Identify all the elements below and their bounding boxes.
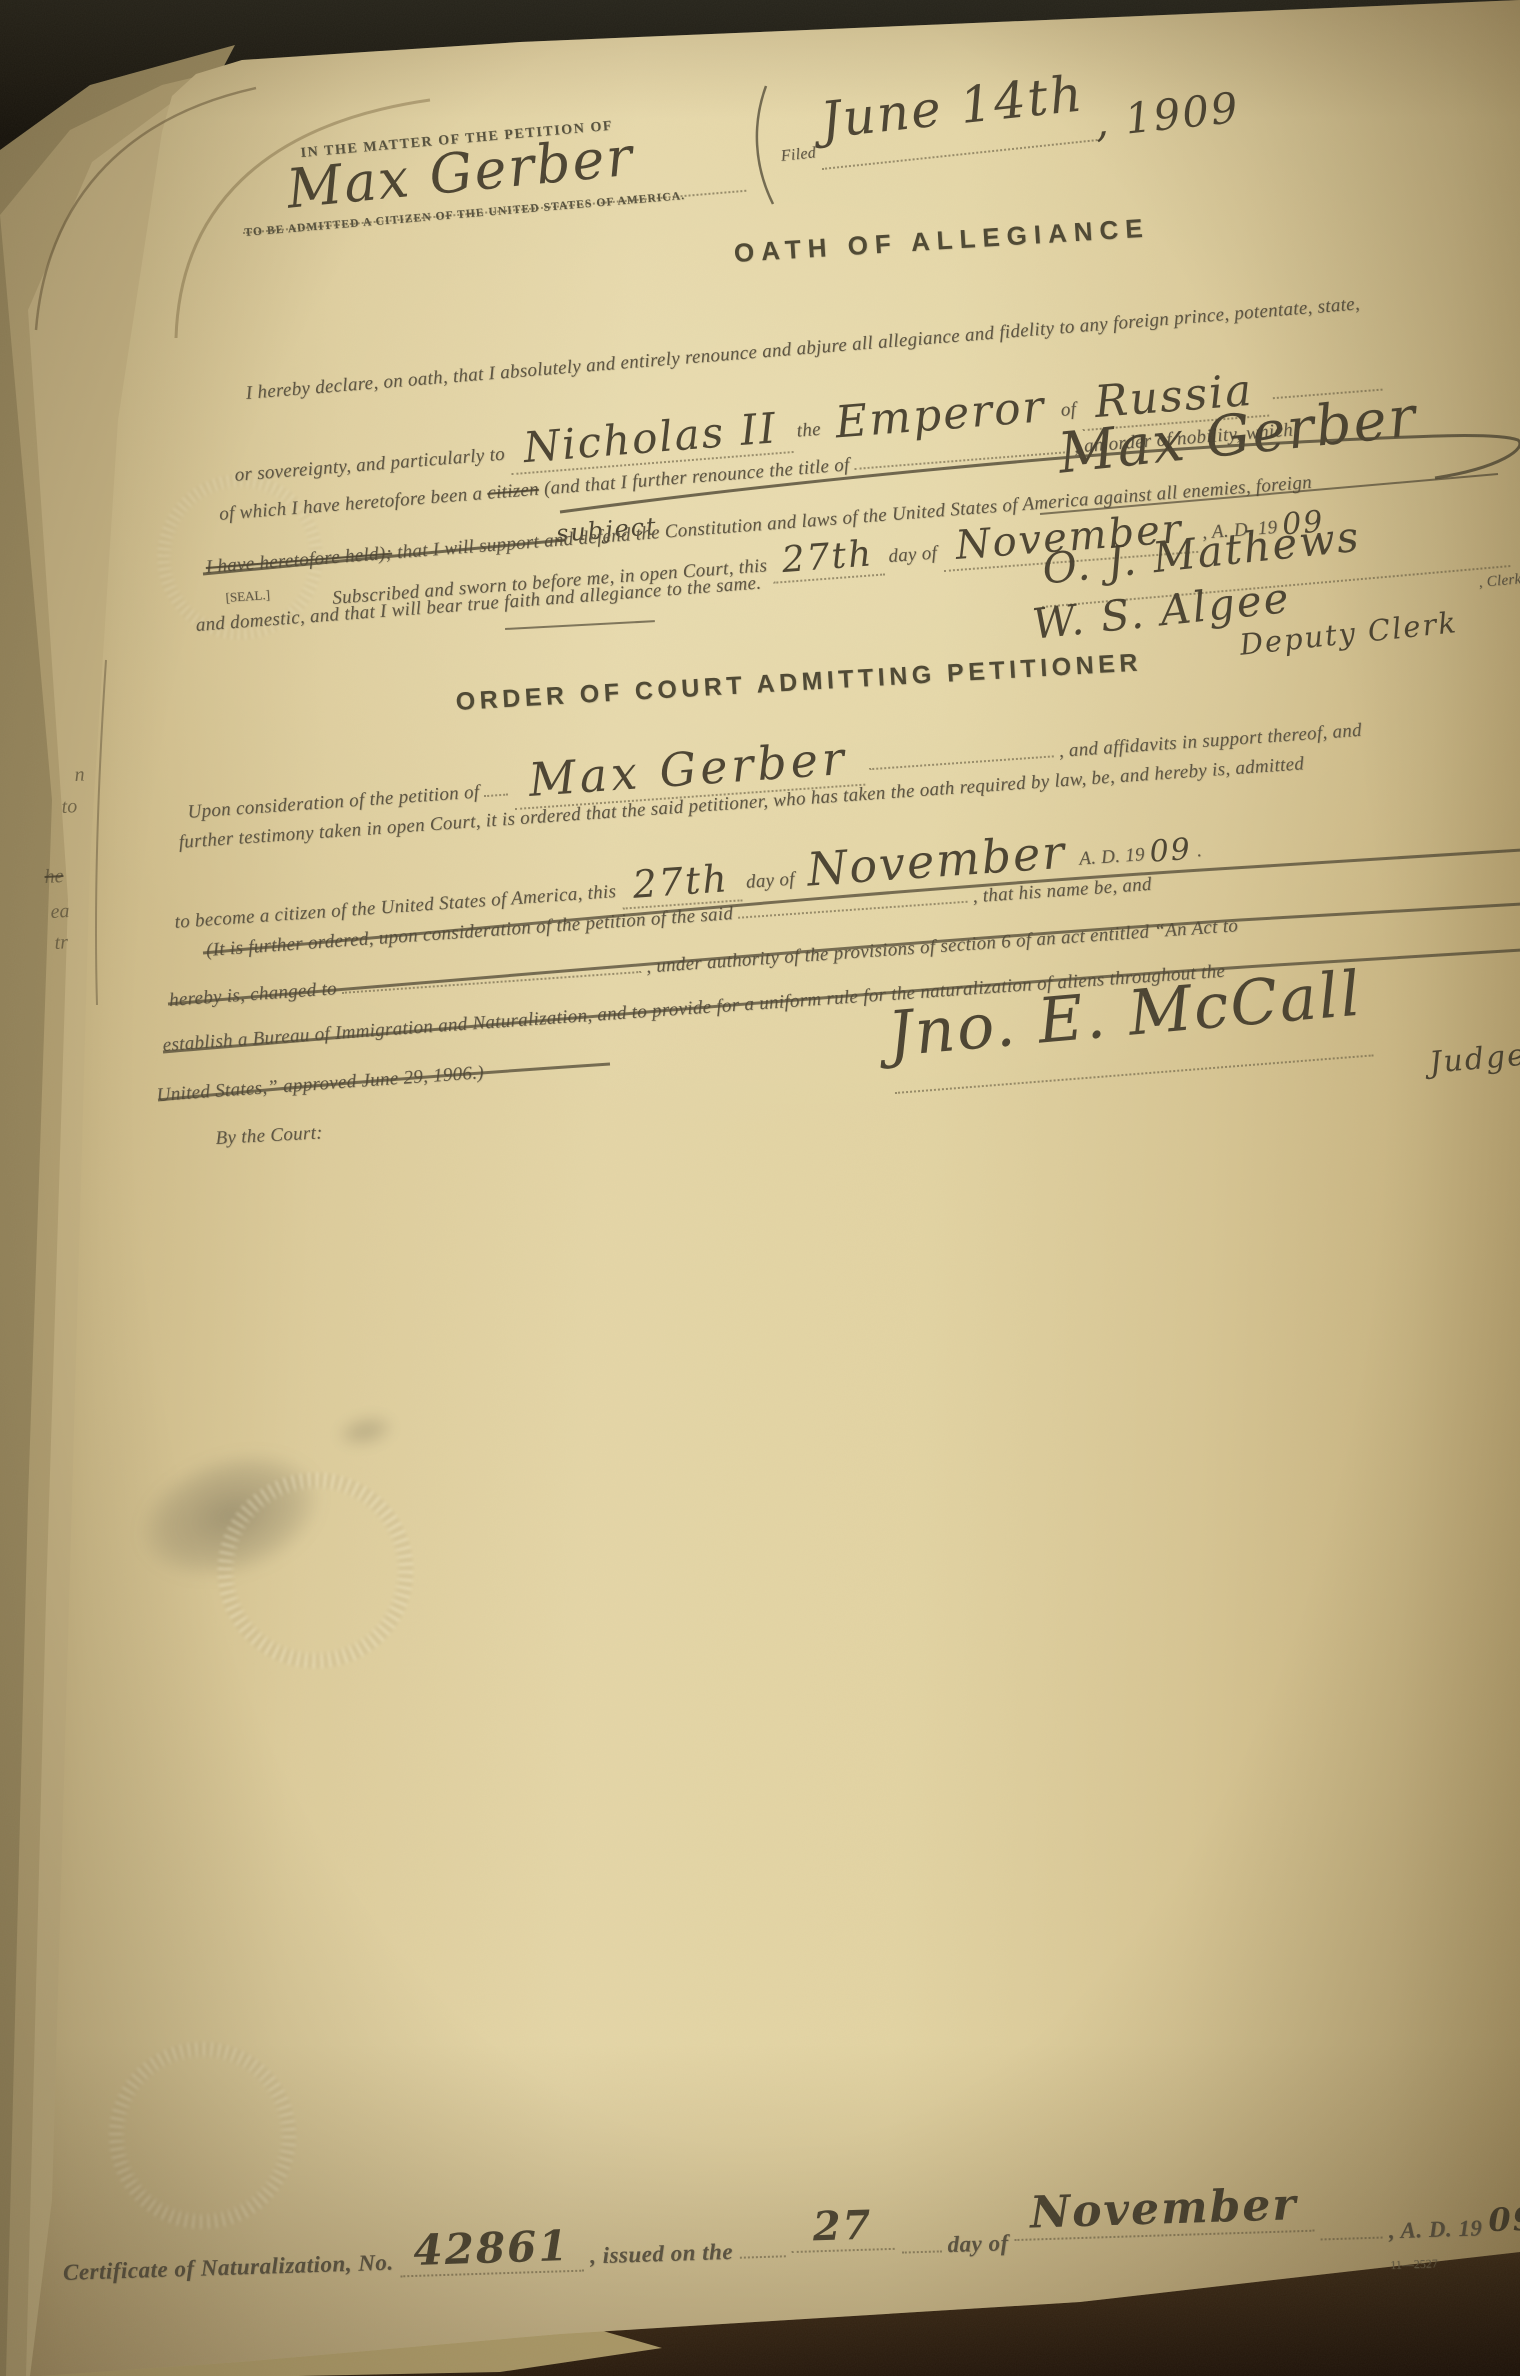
filed-label: Filed [780, 144, 817, 166]
blank-leader [901, 2227, 942, 2253]
oath-line-2-of: of [1060, 399, 1077, 421]
certificate-month-handwritten: November [1013, 2179, 1314, 2241]
certificate-year-handwritten: 09 [1488, 2200, 1520, 2240]
underpage-fragment: he [44, 865, 64, 889]
underpage-fragment: n [74, 763, 85, 786]
underpage-fragment: ea [50, 900, 70, 924]
order-ad19: A. D. 19 [1078, 844, 1145, 870]
certificate-issued-on: , issued on the [590, 2239, 734, 2268]
certificate-ad19: , A. D. 19 [1388, 2215, 1482, 2243]
jurat-day-of: day of [888, 542, 938, 567]
underpage-fragment: to [61, 795, 78, 819]
clerk-label: , Clerk [1478, 571, 1520, 592]
certificate-number-handwritten: 42861 [399, 2221, 585, 2278]
embossed-court-seal-middle [203, 1458, 428, 1683]
oath-line-2-the: the [796, 419, 822, 442]
photographed-naturalization-record: n to he ea tr IN THE MATTER OF THE PETIT… [0, 0, 1520, 2376]
seal-label: [SEAL.] [225, 587, 270, 606]
underpage-fragment: tr [54, 931, 69, 955]
certificate-pre: Certificate of Naturalization, No. [63, 2250, 394, 2285]
blank-leader [868, 736, 1054, 770]
blank-leader [1320, 2214, 1383, 2241]
order-year-handwritten: 09 [1148, 832, 1193, 870]
certificate-day-of: day of [947, 2230, 1009, 2257]
struck-word-citizen: citizen [486, 479, 539, 504]
order-day-of: day of [745, 869, 795, 893]
embossed-court-seal-bottom [95, 2028, 310, 2243]
jurat-day-handwritten: 27th [770, 533, 884, 584]
form-number: 11—2527 [1390, 2256, 1438, 2273]
certificate-day-handwritten: 27 [790, 2201, 895, 2253]
blank-leader [483, 775, 508, 798]
blank-leader [739, 2232, 786, 2258]
